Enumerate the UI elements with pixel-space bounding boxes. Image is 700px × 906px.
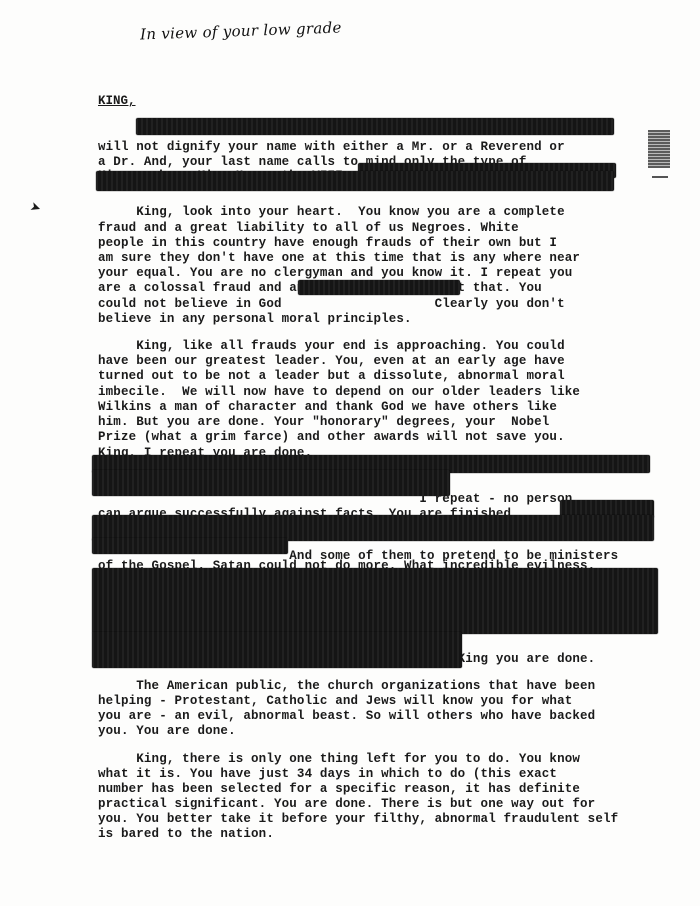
margin-arrow-mark: ➤ bbox=[27, 197, 45, 221]
letter-line: will not dignify your name with either a… bbox=[98, 140, 565, 155]
letter-line: King, look into your heart. You know you… bbox=[98, 205, 565, 220]
letter-line: you are - an evil, abnormal beast. So wi… bbox=[98, 709, 595, 724]
letter-line: number has been selected for a specific … bbox=[98, 782, 580, 797]
document-page: In view of your low grade ➤ KING, Iwill … bbox=[0, 0, 700, 906]
redaction-bar bbox=[92, 568, 658, 634]
letter-line: could not believe in God Clearly you don… bbox=[98, 297, 565, 312]
redaction-bar bbox=[136, 118, 614, 135]
redaction-bar bbox=[96, 171, 614, 191]
letter-line: turned out to be not a leader but a diss… bbox=[98, 369, 565, 384]
letter-line: fraud and a great liability to all of us… bbox=[98, 221, 519, 236]
redaction-bar bbox=[92, 470, 450, 496]
letter-line: King, there is only one thing left for y… bbox=[98, 752, 580, 767]
margin-stamp-underline bbox=[652, 176, 668, 178]
letter-line: Prize (what a grim farce) and other awar… bbox=[98, 430, 565, 445]
letter-line: is bared to the nation. bbox=[98, 827, 274, 842]
handwritten-annotation: In view of your low grade bbox=[140, 18, 342, 43]
margin-stamp-mark bbox=[648, 130, 670, 168]
redaction-bar bbox=[92, 538, 288, 554]
letter-line: people in this country have enough fraud… bbox=[98, 236, 557, 251]
letter-line: your equal. You are no clergyman and you… bbox=[98, 266, 572, 281]
letter-line: what it is. You have just 34 days in whi… bbox=[98, 767, 557, 782]
letter-line: helping - Protestant, Catholic and Jews … bbox=[98, 694, 572, 709]
letter-line: you. You better take it before your filt… bbox=[98, 812, 618, 827]
letter-line: you. You are done. bbox=[98, 724, 236, 739]
letter-line: have been our greatest leader. You, even… bbox=[98, 354, 565, 369]
letter-line: am sure they don't have one at this time… bbox=[98, 251, 580, 266]
redaction-bar bbox=[298, 280, 460, 295]
letter-line: believe in any personal moral principles… bbox=[98, 312, 412, 327]
letter-line: practical significant. You are done. The… bbox=[98, 797, 595, 812]
letter-line: him. But you are done. Your "honorary" d… bbox=[98, 415, 549, 430]
letter-line: King, like all frauds your end is approa… bbox=[98, 339, 565, 354]
letter-salutation: KING, bbox=[98, 94, 136, 108]
letter-line: imbecile. We will now have to depend on … bbox=[98, 385, 580, 400]
letter-line: Wilkins a man of character and thank God… bbox=[98, 400, 557, 415]
letter-line: The American public, the church organiza… bbox=[98, 679, 595, 694]
redaction-bar bbox=[92, 632, 462, 668]
